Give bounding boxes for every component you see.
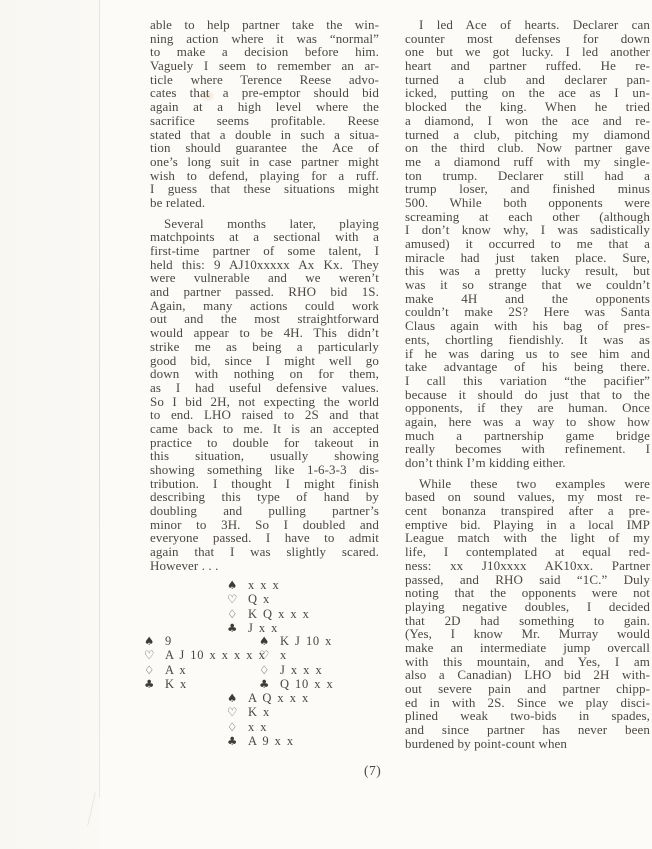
text-line: also a Canadian) LHO bid 2H with- (405, 668, 650, 682)
text-line: ning action where it was “normal” (150, 32, 379, 46)
text-line: playing negative doubles, I decided (405, 600, 650, 614)
text-line: one’s long suit in case partner might (150, 155, 379, 169)
text-line: one but we got lucky. I led another (405, 45, 650, 59)
text-line: because it should do just that to the (405, 388, 650, 402)
text-line: emptive bid. Playing in a local IMP (405, 518, 650, 532)
text-line: stated that a double in such a situa- (150, 128, 379, 142)
text-line: League match with the light of my (405, 531, 650, 545)
card-holding: 9 (165, 634, 172, 648)
text-line: I call this variation “the pacifier” (405, 374, 650, 388)
heart-icon: ♡ (227, 592, 241, 606)
diamond-icon: ♢ (227, 720, 241, 734)
text-line: noting that the opponents were not (405, 586, 650, 600)
text-line: as I had useful defensive values. (150, 381, 379, 395)
south-hand: ♠A Q x x x♡K x♢x x♣A 9 x x (227, 691, 309, 748)
text-line: down with nothing on for them, (150, 367, 379, 381)
text-line: everyone passed. I have to admit (150, 531, 379, 545)
club-icon: ♣ (227, 734, 241, 748)
text-line: me a diamond ruff with my single- (405, 155, 650, 169)
text-line: blocked the king. When he tried (405, 100, 650, 114)
text-line: based on sound values, my most re- (405, 490, 650, 504)
text-line: ents, chortling fiendishly. It was as (405, 333, 650, 347)
text-line: take advantage of his being there. (405, 360, 650, 374)
page-number: (7) (364, 763, 381, 779)
club-icon: ♣ (144, 677, 158, 691)
scanned-page: able to help partner take the win-ning a… (0, 0, 652, 849)
suit-row: ♡K x (227, 705, 309, 719)
text-line: Several months later, playing (150, 217, 379, 231)
card-holding: K J 10 x (280, 634, 332, 648)
text-line: Claus again with his bag of pres- (405, 319, 650, 333)
paragraph: While these two examples werebased on so… (405, 477, 650, 751)
heart-icon: ♡ (259, 648, 273, 662)
text-line: turned a club and declarer pan- (405, 73, 650, 87)
text-line: Vaguely I seem to remember an ar- (150, 59, 379, 73)
text-line: was it so strange that we couldn’t (405, 278, 650, 292)
text-line: counter most defenses for down (405, 32, 650, 46)
text-line: to end. LHO raised to 2S and that (150, 408, 379, 422)
page-fold-tail (87, 792, 96, 825)
suit-row: ♠9 (144, 634, 266, 648)
diamond-icon: ♢ (227, 607, 241, 621)
north-hand: ♠x x x♡Q x♢K Q x x x♣J x x (227, 578, 310, 635)
paragraph: I led Ace of hearts. Declarer cancounter… (405, 18, 650, 470)
text-line: with this mountain, and Yes, I am (405, 655, 650, 669)
text-line: out severe pain and partner chipp- (405, 682, 650, 696)
right-text-column: I led Ace of hearts. Declarer cancounter… (405, 18, 650, 757)
text-line: that 2D had something to gain. (405, 614, 650, 628)
text-line: make 4H and the opponents (405, 292, 650, 306)
text-line: if he was daring us to see him and (405, 347, 650, 361)
card-holding: Q 10 x x (280, 677, 334, 691)
heart-icon: ♡ (227, 705, 241, 719)
suit-row: ♡x (259, 648, 334, 662)
paragraph: able to help partner take the win-ning a… (150, 18, 379, 210)
text-line: would appear to be 4H. This didn’t (150, 326, 379, 340)
card-holding: x x (248, 720, 267, 734)
diamond-icon: ♢ (144, 663, 158, 677)
card-holding: A J 10 x x x x x (165, 648, 266, 662)
text-line: practice to double for takeout in (150, 436, 379, 450)
text-line: However . . . (150, 559, 379, 573)
text-line: While these two examples were (405, 477, 650, 491)
suit-row: ♣K x (144, 677, 266, 691)
heart-icon: ♡ (144, 648, 158, 662)
text-line: passed, and RHO said “1C.” Duly (405, 573, 650, 587)
suit-row: ♠K J 10 x (259, 634, 334, 648)
text-line: ticle where Terence Reese advo- (150, 73, 379, 87)
text-line: opponents, if they are human. Once (405, 401, 650, 415)
text-line: tribution. I thought I might finish (150, 477, 379, 491)
text-line: able to help partner take the win- (150, 18, 379, 32)
suit-row: ♢K Q x x x (227, 607, 310, 621)
card-holding: x x x (248, 578, 280, 592)
text-line: this situation, usually showing (150, 449, 379, 463)
text-line: (Yes, I know Mr. Murray would (405, 627, 650, 641)
spade-icon: ♠ (227, 578, 241, 592)
suit-row: ♣A 9 x x (227, 734, 309, 748)
card-holding: A x (165, 663, 186, 677)
text-line: heart and partner ruffed. He re- (405, 59, 650, 73)
text-line: really becomes with refinement. I (405, 442, 650, 456)
text-line: screaming at each other (although (405, 210, 650, 224)
text-line: tion should guarantee the Ace of (150, 141, 379, 155)
text-line: plined weak two-bids in spades, (405, 709, 650, 723)
text-line: cates that a pre-emptor should bid (150, 86, 379, 100)
card-holding: K x (165, 677, 187, 691)
text-line: strike me as being a particularly (150, 340, 379, 354)
text-line: again, here was a way to show how (405, 415, 650, 429)
text-line: burdened by point-count when (405, 737, 650, 751)
text-line: wish to defend, playing for a ruff. (150, 169, 379, 183)
text-line: much a partnership game bridge (405, 429, 650, 443)
text-line: cent bonanza transpired after a pre- (405, 504, 650, 518)
text-line: turned a club, pitching my diamond (405, 128, 650, 142)
text-line: again at a high level where the (150, 100, 379, 114)
spade-icon: ♠ (227, 691, 241, 705)
card-holding: A Q x x x (248, 691, 309, 705)
text-line: miracle had just taken place. Sure, (405, 251, 650, 265)
text-line: on the third club. Now partner gave (405, 141, 650, 155)
text-line: couldn’t make 2S? Here was Santa (405, 305, 650, 319)
text-line: be related. (150, 196, 379, 210)
text-line: I don’t know why, I was sadistically (405, 223, 650, 237)
text-line: and partner passed. RHO bid 1S. (150, 285, 379, 299)
left-text-column: able to help partner take the win-ning a… (150, 18, 379, 580)
diamond-icon: ♢ (259, 663, 273, 677)
text-line: I led Ace of hearts. Declarer can (405, 18, 650, 32)
suit-row: ♢A x (144, 663, 266, 677)
text-line: sacrifice seems profitable. Reese (150, 114, 379, 128)
text-line: out and the most straightforward (150, 312, 379, 326)
text-line: showing something like 1-6-3-3 dis- (150, 463, 379, 477)
text-line: describing this type of hand by (150, 490, 379, 504)
text-line: came back to me. It is an accepted (150, 422, 379, 436)
spade-icon: ♠ (144, 634, 158, 648)
spade-icon: ♠ (259, 634, 273, 648)
suit-row: ♣Q 10 x x (259, 677, 334, 691)
text-line: a diamond, I won the ace and re- (405, 114, 650, 128)
paragraph: Several months later, playingmatchpoints… (150, 217, 379, 573)
text-line: good bid, since I might well go (150, 354, 379, 368)
suit-row: ♢J x x x (259, 663, 334, 677)
west-hand: ♠9♡A J 10 x x x x x♢A x♣K x (144, 634, 266, 691)
text-line: matchpoints at a sectional with a (150, 230, 379, 244)
text-line: minor to 3H. So I doubled and (150, 518, 379, 532)
text-line: first-time partner of some talent, I (150, 244, 379, 258)
text-line: and since partner has never been (405, 723, 650, 737)
east-hand: ♠K J 10 x♡x♢J x x x♣Q 10 x x (259, 634, 334, 691)
text-line: Again, many actions could work (150, 299, 379, 313)
suit-row: ♠A Q x x x (227, 691, 309, 705)
text-line: So I bid 2H, not expecting the world (150, 395, 379, 409)
suit-row: ♢x x (227, 720, 309, 734)
text-line: amused) it occurred to me that a (405, 237, 650, 251)
card-holding: Q x (248, 592, 270, 606)
text-line: don’t think I’m kidding either. (405, 456, 650, 470)
text-line: held this: 9 AJ10xxxxx Ax Kx. They (150, 258, 379, 272)
text-line: life, I contemplated at equal red- (405, 545, 650, 559)
text-line: icked, putting on the ace as I un- (405, 86, 650, 100)
card-holding: K Q x x x (248, 607, 310, 621)
text-line: again that I was slightly scared. (150, 545, 379, 559)
text-line: to make a decision before him. (150, 45, 379, 59)
suit-row: ♡A J 10 x x x x x (144, 648, 266, 662)
text-line: 500. While both opponents were (405, 196, 650, 210)
text-line: ed in with 2S. Since we play disci- (405, 696, 650, 710)
card-holding: A 9 x x (248, 734, 294, 748)
text-line: trump loser, and finished minus (405, 182, 650, 196)
text-line: I guess that these situations might (150, 182, 379, 196)
card-holding: J x x x (280, 663, 322, 677)
text-line: this was a pretty lucky result, but (405, 264, 650, 278)
club-icon: ♣ (259, 677, 273, 691)
suit-row: ♡Q x (227, 592, 310, 606)
card-holding: x (280, 648, 287, 662)
text-line: doubling and pulling partner’s (150, 504, 379, 518)
text-line: were vulnerable and we weren’t (150, 271, 379, 285)
page-fold-line (99, 0, 100, 798)
text-line: make an intermediate jump overcall (405, 641, 650, 655)
suit-row: ♠x x x (227, 578, 310, 592)
card-holding: K x (248, 705, 270, 719)
text-line: ton trump. Declarer still had a (405, 169, 650, 183)
text-line: ness: xx J10xxxx AK10xx. Partner (405, 559, 650, 573)
